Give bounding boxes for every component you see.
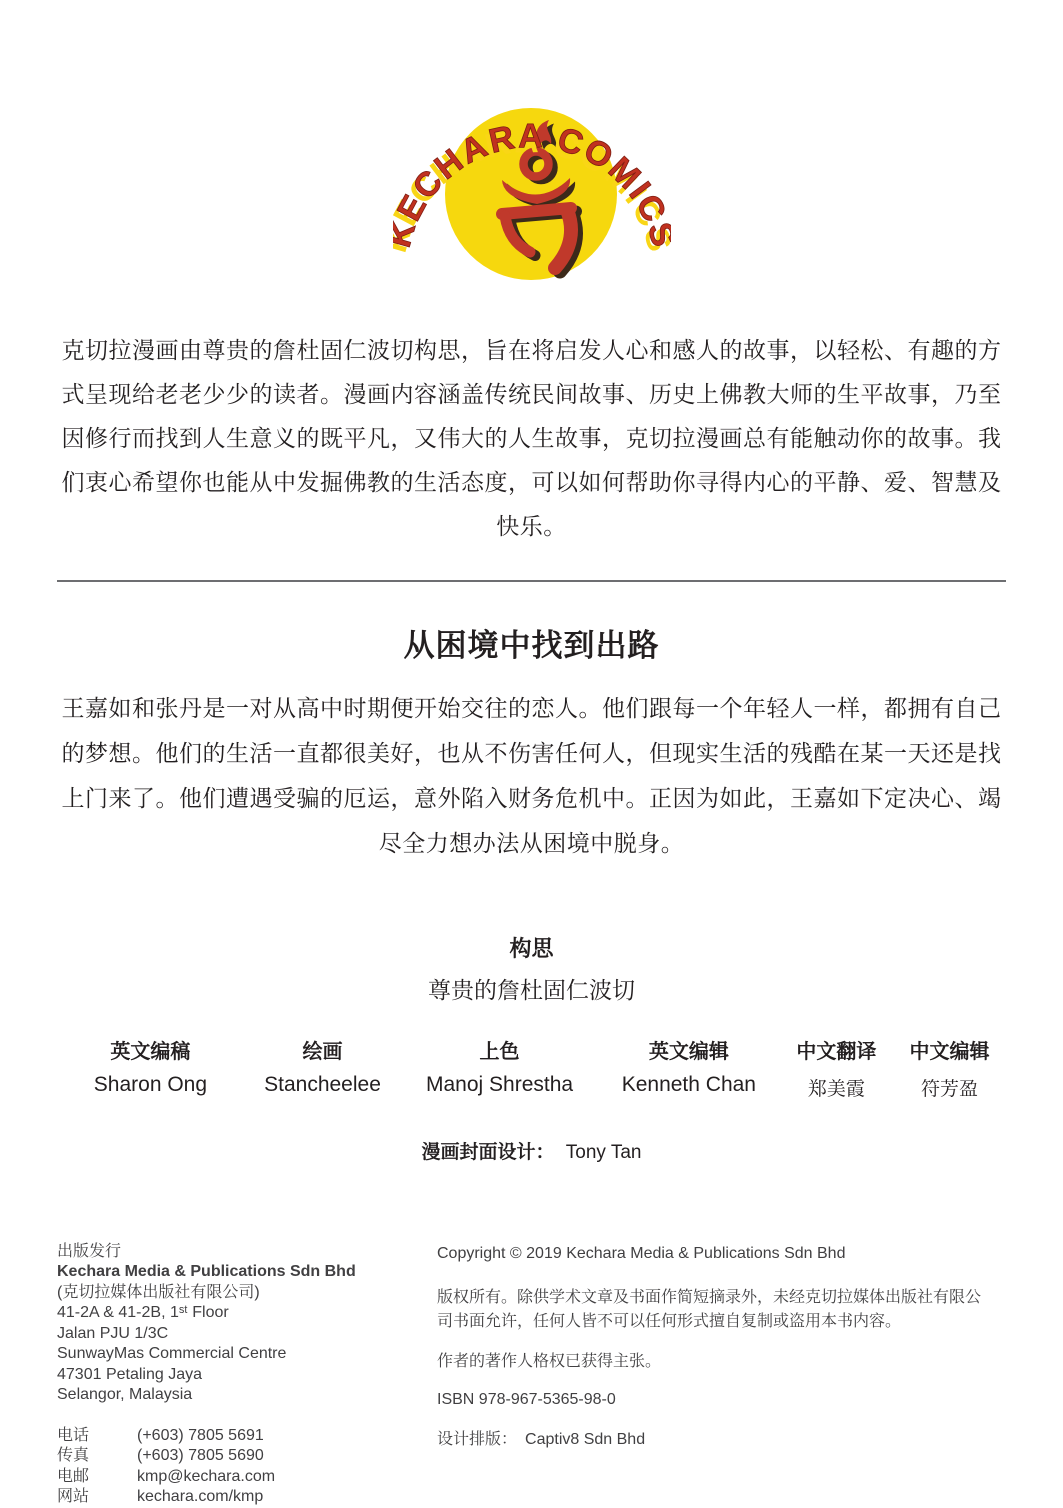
contact-fax: 传真 (+603) 7805 5690 bbox=[57, 1446, 437, 1467]
publisher-address-line: SunwayMas Commercial Centre bbox=[57, 1344, 437, 1365]
publisher-company: Kechara Media & Publications Sdn Bhd bbox=[57, 1262, 437, 1283]
section-divider bbox=[57, 580, 1006, 582]
moral-rights-line: 作者的著作人格权已获得主张。 bbox=[437, 1350, 1006, 1374]
credit-name: Stancheelee bbox=[244, 1073, 401, 1097]
concept-label: 构思 bbox=[57, 932, 1006, 963]
cover-design-label: 漫画封面设计： bbox=[422, 1142, 555, 1163]
copyright-block: Copyright © 2019 Kechara Media & Publica… bbox=[437, 1242, 1006, 1508]
publisher-company-cn: (克切拉媒体出版社有限公司) bbox=[57, 1283, 437, 1304]
contact-label: 电话 bbox=[57, 1426, 137, 1447]
concept-name: 尊贵的詹杜固仁波切 bbox=[57, 972, 1006, 1005]
contact-phone: 电话 (+603) 7805 5691 bbox=[57, 1426, 437, 1447]
credit-name: Manoj Shrestha bbox=[401, 1073, 598, 1097]
synopsis-paragraph: 王嘉如和张丹是一对从高中时期便开始交往的恋人。他们跟每一个年轻人一样，都拥有自己… bbox=[57, 686, 1006, 866]
publisher-address-line: 41-2A & 41-2B, 1ˢᵗ Floor bbox=[57, 1303, 437, 1324]
design-value: Captiv8 Sdn Bhd bbox=[525, 1431, 645, 1448]
credit-role: 英文编稿 bbox=[57, 1035, 244, 1064]
credit-colourist: 上色 Manoj Shrestha bbox=[401, 1035, 598, 1101]
credit-chinese-editor: 中文编辑 符芳盈 bbox=[893, 1035, 1006, 1101]
publisher-address-line: 47301 Petaling Jaya bbox=[57, 1365, 437, 1386]
publisher-block: 出版发行 Kechara Media & Publications Sdn Bh… bbox=[57, 1242, 437, 1508]
kechara-comics-logo: KECHARA COMICS KECHARA COMICS bbox=[57, 0, 1006, 288]
contact-value: kechara.com/kmp bbox=[137, 1487, 263, 1508]
credit-role: 绘画 bbox=[244, 1035, 401, 1064]
intro-paragraph: 克切拉漫画由尊贵的詹杜固仁波切构思，旨在将启发人心和感人的故事，以轻松、有趣的方… bbox=[57, 328, 1006, 548]
contact-label: 网站 bbox=[57, 1487, 137, 1508]
cover-design-credit: 漫画封面设计： Tony Tan bbox=[57, 1137, 1006, 1164]
credits-row: 英文编稿 Sharon Ong 绘画 Stancheelee 上色 Manoj … bbox=[57, 1035, 1006, 1101]
publisher-heading: 出版发行 bbox=[57, 1242, 437, 1263]
contact-label: 传真 bbox=[57, 1446, 137, 1467]
contact-list: 电话 (+603) 7805 5691 传真 (+603) 7805 5690 … bbox=[57, 1426, 437, 1508]
design-label: 设计排版： bbox=[437, 1431, 517, 1448]
credit-english-editor: 英文编辑 Kenneth Chan bbox=[598, 1035, 780, 1101]
isbn-line: ISBN 978-967-5365-98-0 bbox=[437, 1388, 1006, 1412]
contact-website: 网站 kechara.com/kmp bbox=[57, 1487, 437, 1508]
cover-design-name: Tony Tan bbox=[566, 1142, 642, 1163]
contact-email: 电邮 kmp@kechara.com bbox=[57, 1467, 437, 1488]
credit-name: Sharon Ong bbox=[57, 1073, 244, 1097]
credit-role: 英文编辑 bbox=[598, 1035, 780, 1064]
contact-value: kmp@kechara.com bbox=[137, 1467, 275, 1488]
publisher-address-line: Selangor, Malaysia bbox=[57, 1385, 437, 1406]
rights-paragraph: 版权所有。除供学术文章及书面作简短摘录外，未经克切拉媒体出版社有限公司书面允许，… bbox=[437, 1286, 982, 1334]
book-colophon-page: KECHARA COMICS KECHARA COMICS 克切拉漫画由尊贵的詹… bbox=[0, 0, 1063, 1508]
credit-illustrator: 绘画 Stancheelee bbox=[244, 1035, 401, 1101]
contact-value: (+603) 7805 5691 bbox=[137, 1426, 264, 1447]
copyright-line: Copyright © 2019 Kechara Media & Publica… bbox=[437, 1242, 1006, 1266]
book-title: 从困境中找到出路 bbox=[57, 620, 1006, 665]
credit-english-writer: 英文编稿 Sharon Ong bbox=[57, 1035, 244, 1101]
credit-role: 中文编辑 bbox=[893, 1035, 1006, 1064]
credit-name: Kenneth Chan bbox=[598, 1073, 780, 1097]
credit-name: 郑美霞 bbox=[780, 1074, 893, 1101]
credit-name: 符芳盈 bbox=[893, 1074, 1006, 1101]
design-credit: 设计排版：Captiv8 Sdn Bhd bbox=[437, 1428, 1006, 1452]
contact-value: (+603) 7805 5690 bbox=[137, 1446, 264, 1467]
concept-credit: 构思 尊贵的詹杜固仁波切 bbox=[57, 932, 1006, 1005]
publisher-address-line: Jalan PJU 1/3C bbox=[57, 1324, 437, 1345]
kechara-comics-logo-icon: KECHARA COMICS KECHARA COMICS bbox=[393, 56, 671, 288]
contact-label: 电邮 bbox=[57, 1467, 137, 1488]
credit-role: 上色 bbox=[401, 1035, 598, 1064]
colophon-section: 出版发行 Kechara Media & Publications Sdn Bh… bbox=[57, 1242, 1006, 1508]
credit-chinese-translator: 中文翻译 郑美霞 bbox=[780, 1035, 893, 1101]
credit-role: 中文翻译 bbox=[780, 1035, 893, 1064]
